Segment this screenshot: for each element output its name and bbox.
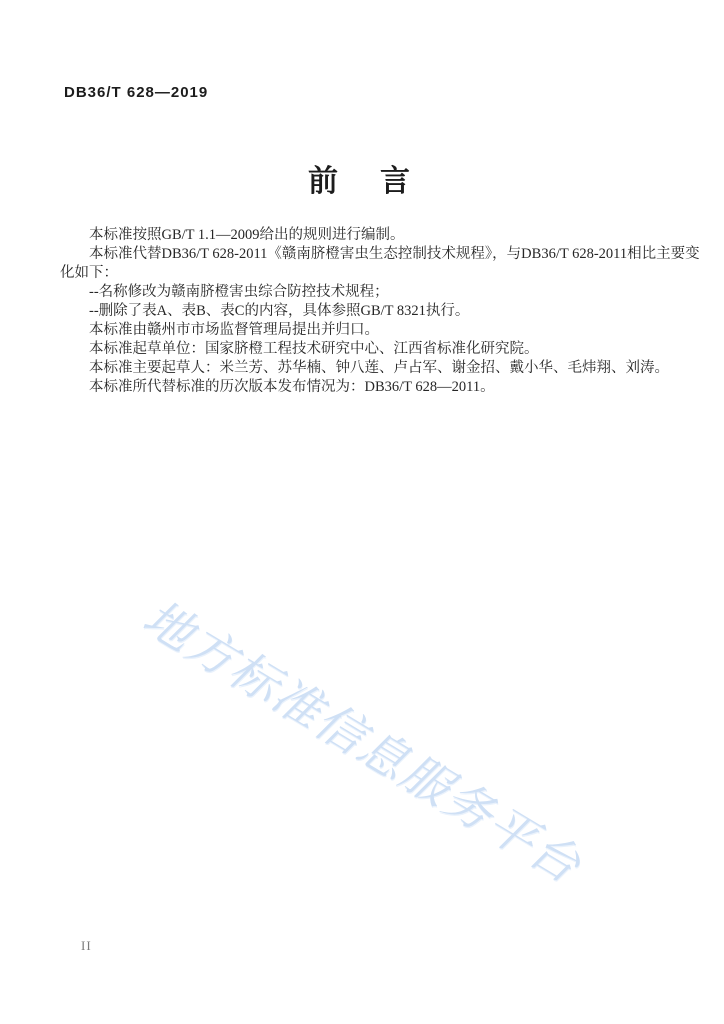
document-page: DB36/T 628—2019 前 言 本标准按照GB/T 1.1—2009给出… [0,0,724,1024]
foreword-line: 本标准代替DB36/T 628-2011《赣南脐橙害虫生态控制技术规程》，与DB… [60,245,668,264]
page-title: 前 言 [0,156,724,200]
watermark: 地方标准信息服务平台 [132,580,596,897]
foreword-line: 本标准主要起草人：米兰芳、苏华楠、钟八莲、卢占军、谢金招、戴小华、毛炜翔、刘涛。 [60,359,668,378]
foreword-line: --名称修改为赣南脐橙害虫综合防控技术规程； [60,283,668,302]
foreword-line: 本标准按照GB/T 1.1—2009给出的规则进行编制。 [60,226,668,245]
foreword-line: 本标准由赣州市市场监督管理局提出并归口。 [60,321,668,340]
document-code: DB36/T 628—2019 [64,84,208,101]
foreword-line: 化如下： [60,264,668,283]
foreword-body: 本标准按照GB/T 1.1—2009给出的规则进行编制。 本标准代替DB36/T… [60,226,668,397]
foreword-line: --删除了表A、表B、表C的内容，具体参照GB/T 8321执行。 [60,302,668,321]
page-number: II [81,938,92,954]
foreword-line: 本标准所代替标准的历次版本发布情况为：DB36/T 628—2011。 [60,378,668,397]
foreword-line: 本标准起草单位：国家脐橙工程技术研究中心、江西省标准化研究院。 [60,340,668,359]
